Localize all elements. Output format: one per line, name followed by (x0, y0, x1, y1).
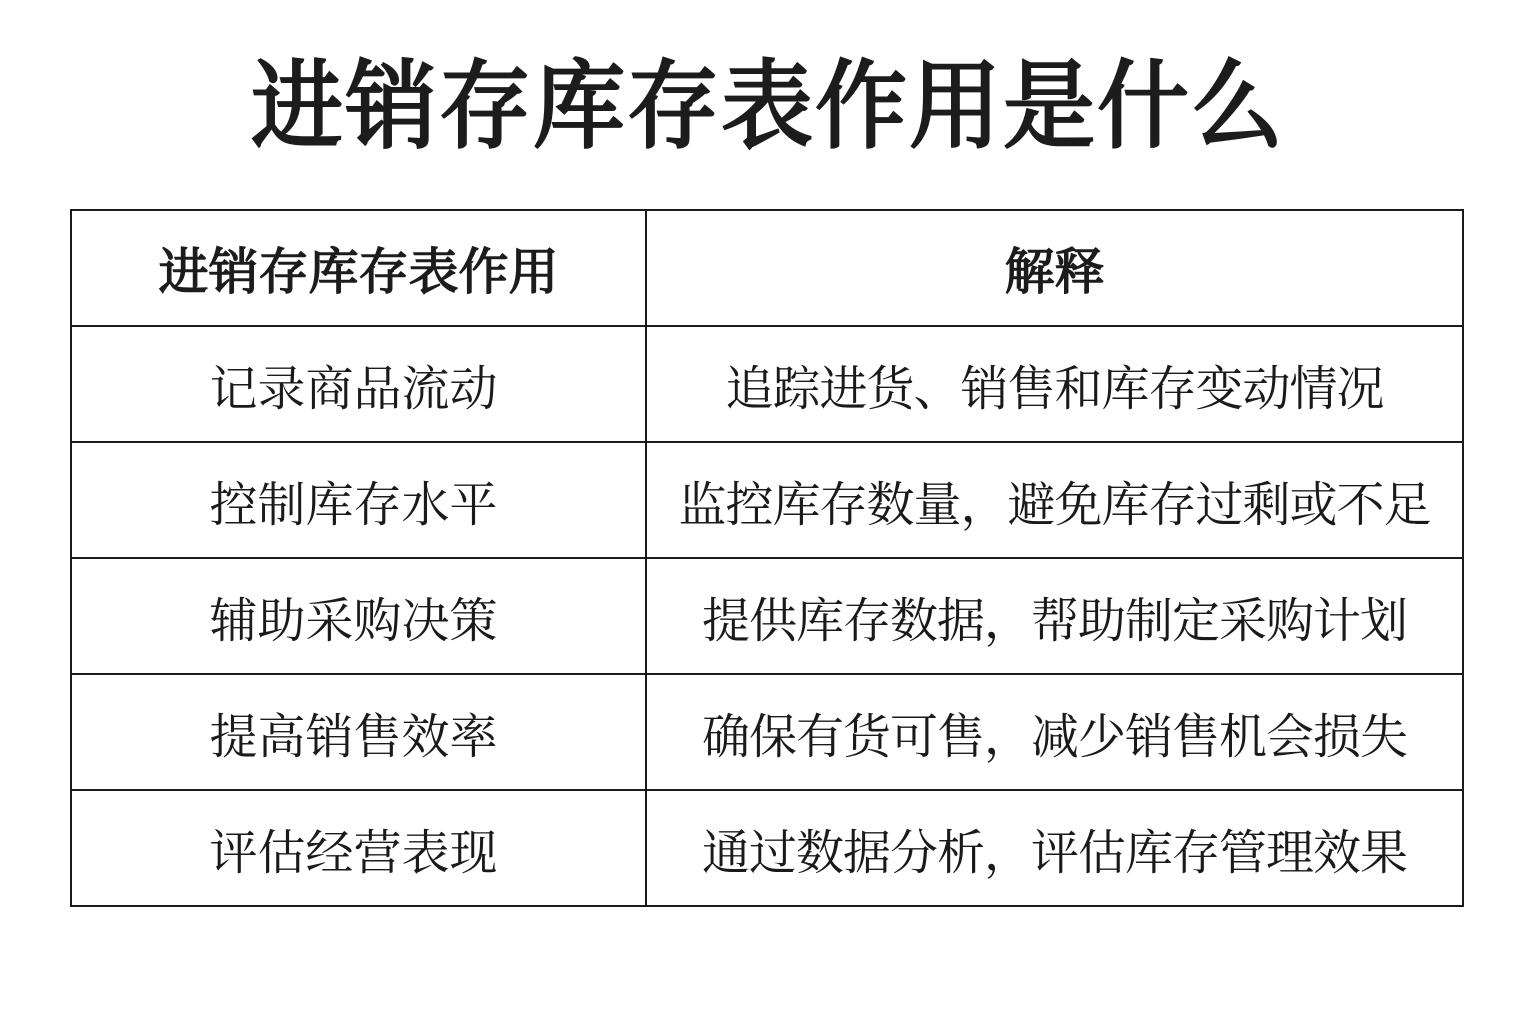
table-row: 提高销售效率 确保有货可售，减少销售机会损失 (71, 674, 1463, 790)
cell-explanation: 提供库存数据，帮助制定采购计划 (646, 558, 1463, 674)
cell-function: 评估经营表现 (71, 790, 646, 906)
cell-function: 记录商品流动 (71, 326, 646, 442)
table-row: 辅助采购决策 提供库存数据，帮助制定采购计划 (71, 558, 1463, 674)
page-title: 进销存库存表作用是什么 (0, 49, 1536, 165)
cell-function: 辅助采购决策 (71, 558, 646, 674)
function-table-grid: 进销存库存表作用 解释 记录商品流动 追踪进货、销售和库存变动情况 控制库存水平… (70, 209, 1464, 907)
header-function: 进销存库存表作用 (71, 210, 646, 326)
cell-function: 提高销售效率 (71, 674, 646, 790)
cell-explanation: 通过数据分析，评估库存管理效果 (646, 790, 1463, 906)
table-header-row: 进销存库存表作用 解释 (71, 210, 1463, 326)
cell-explanation: 追踪进货、销售和库存变动情况 (646, 326, 1463, 442)
function-table: 进销存库存表作用 解释 记录商品流动 追踪进货、销售和库存变动情况 控制库存水平… (70, 209, 1462, 896)
header-explanation: 解释 (646, 210, 1463, 326)
cell-explanation: 监控库存数量，避免库存过剩或不足 (646, 442, 1463, 558)
cell-explanation: 确保有货可售，减少销售机会损失 (646, 674, 1463, 790)
table-row: 评估经营表现 通过数据分析，评估库存管理效果 (71, 790, 1463, 906)
table-row: 记录商品流动 追踪进货、销售和库存变动情况 (71, 326, 1463, 442)
cell-function: 控制库存水平 (71, 442, 646, 558)
table-row: 控制库存水平 监控库存数量，避免库存过剩或不足 (71, 442, 1463, 558)
